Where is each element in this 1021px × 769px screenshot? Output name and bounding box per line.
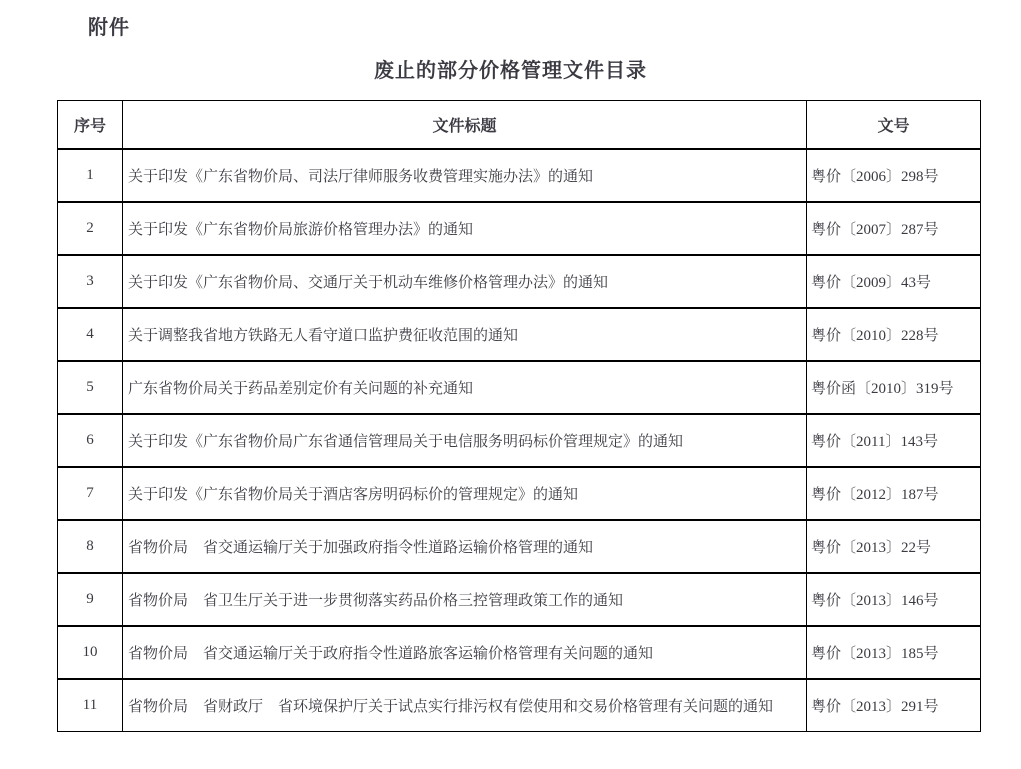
header-document-number: 文号	[807, 101, 981, 149]
row-serial-number: 3	[58, 255, 123, 308]
table-row: 8 省物价局 省交通运输厅关于加强政府指令性道路运输价格管理的通知 粤价〔201…	[58, 520, 981, 573]
row-document-number: 粤价〔2013〕22号	[807, 520, 981, 573]
row-document-title: 广东省物价局关于药品差别定价有关问题的补充通知	[123, 361, 807, 414]
row-document-title: 关于印发《广东省物价局旅游价格管理办法》的通知	[123, 202, 807, 255]
row-serial-number: 8	[58, 520, 123, 573]
row-document-number: 粤价〔2013〕185号	[807, 626, 981, 679]
table-row: 9 省物价局 省卫生厅关于进一步贯彻落实药品价格三控管理政策工作的通知 粤价〔2…	[58, 573, 981, 626]
row-document-title: 省物价局 省财政厅 省环境保护厅关于试点实行排污权有偿使用和交易价格管理有关问题…	[123, 679, 807, 732]
row-serial-number: 10	[58, 626, 123, 679]
document-table: 序号 文件标题 文号 1 关于印发《广东省物价局、司法厅律师服务收费管理实施办法…	[57, 100, 981, 732]
table-row: 5 广东省物价局关于药品差别定价有关问题的补充通知 粤价函〔2010〕319号	[58, 361, 981, 414]
row-document-title: 省物价局 省卫生厅关于进一步贯彻落实药品价格三控管理政策工作的通知	[123, 573, 807, 626]
table-row: 6 关于印发《广东省物价局广东省通信管理局关于电信服务明码标价管理规定》的通知 …	[58, 414, 981, 467]
document-page: 附件 废止的部分价格管理文件目录 序号 文件标题 文号 1 关于印发《广东省物价…	[0, 0, 1021, 769]
table-row: 11 省物价局 省财政厅 省环境保护厅关于试点实行排污权有偿使用和交易价格管理有…	[58, 679, 981, 732]
row-document-number: 粤价〔2011〕143号	[807, 414, 981, 467]
table-header-row: 序号 文件标题 文号	[58, 101, 981, 149]
row-serial-number: 11	[58, 679, 123, 732]
table-row: 2 关于印发《广东省物价局旅游价格管理办法》的通知 粤价〔2007〕287号	[58, 202, 981, 255]
table-row: 4 关于调整我省地方铁路无人看守道口监护费征收范围的通知 粤价〔2010〕228…	[58, 308, 981, 361]
table-row: 10 省物价局 省交通运输厅关于政府指令性道路旅客运输价格管理有关问题的通知 粤…	[58, 626, 981, 679]
row-document-number: 粤价〔2013〕291号	[807, 679, 981, 732]
row-document-number: 粤价〔2013〕146号	[807, 573, 981, 626]
page-title: 废止的部分价格管理文件目录	[0, 54, 1021, 83]
row-serial-number: 9	[58, 573, 123, 626]
row-document-title: 省物价局 省交通运输厅关于加强政府指令性道路运输价格管理的通知	[123, 520, 807, 573]
row-serial-number: 1	[58, 149, 123, 202]
row-document-number: 粤价〔2009〕43号	[807, 255, 981, 308]
row-serial-number: 7	[58, 467, 123, 520]
row-document-title: 关于印发《广东省物价局、司法厅律师服务收费管理实施办法》的通知	[123, 149, 807, 202]
row-serial-number: 5	[58, 361, 123, 414]
row-document-number: 粤价函〔2010〕319号	[807, 361, 981, 414]
row-serial-number: 4	[58, 308, 123, 361]
row-document-number: 粤价〔2012〕187号	[807, 467, 981, 520]
row-serial-number: 2	[58, 202, 123, 255]
header-serial-number: 序号	[58, 101, 123, 149]
row-serial-number: 6	[58, 414, 123, 467]
row-document-title: 关于调整我省地方铁路无人看守道口监护费征收范围的通知	[123, 308, 807, 361]
table-row: 3 关于印发《广东省物价局、交通厅关于机动车维修价格管理办法》的通知 粤价〔20…	[58, 255, 981, 308]
row-document-title: 关于印发《广东省物价局广东省通信管理局关于电信服务明码标价管理规定》的通知	[123, 414, 807, 467]
attachment-label: 附件	[88, 11, 130, 40]
row-document-number: 粤价〔2007〕287号	[807, 202, 981, 255]
row-document-title: 省物价局 省交通运输厅关于政府指令性道路旅客运输价格管理有关问题的通知	[123, 626, 807, 679]
table-body: 1 关于印发《广东省物价局、司法厅律师服务收费管理实施办法》的通知 粤价〔200…	[58, 149, 981, 732]
row-document-title: 关于印发《广东省物价局关于酒店客房明码标价的管理规定》的通知	[123, 467, 807, 520]
row-document-number: 粤价〔2010〕228号	[807, 308, 981, 361]
table-row: 7 关于印发《广东省物价局关于酒店客房明码标价的管理规定》的通知 粤价〔2012…	[58, 467, 981, 520]
row-document-title: 关于印发《广东省物价局、交通厅关于机动车维修价格管理办法》的通知	[123, 255, 807, 308]
table-row: 1 关于印发《广东省物价局、司法厅律师服务收费管理实施办法》的通知 粤价〔200…	[58, 149, 981, 202]
header-document-title: 文件标题	[123, 101, 807, 149]
row-document-number: 粤价〔2006〕298号	[807, 149, 981, 202]
table-header: 序号 文件标题 文号	[58, 101, 981, 149]
